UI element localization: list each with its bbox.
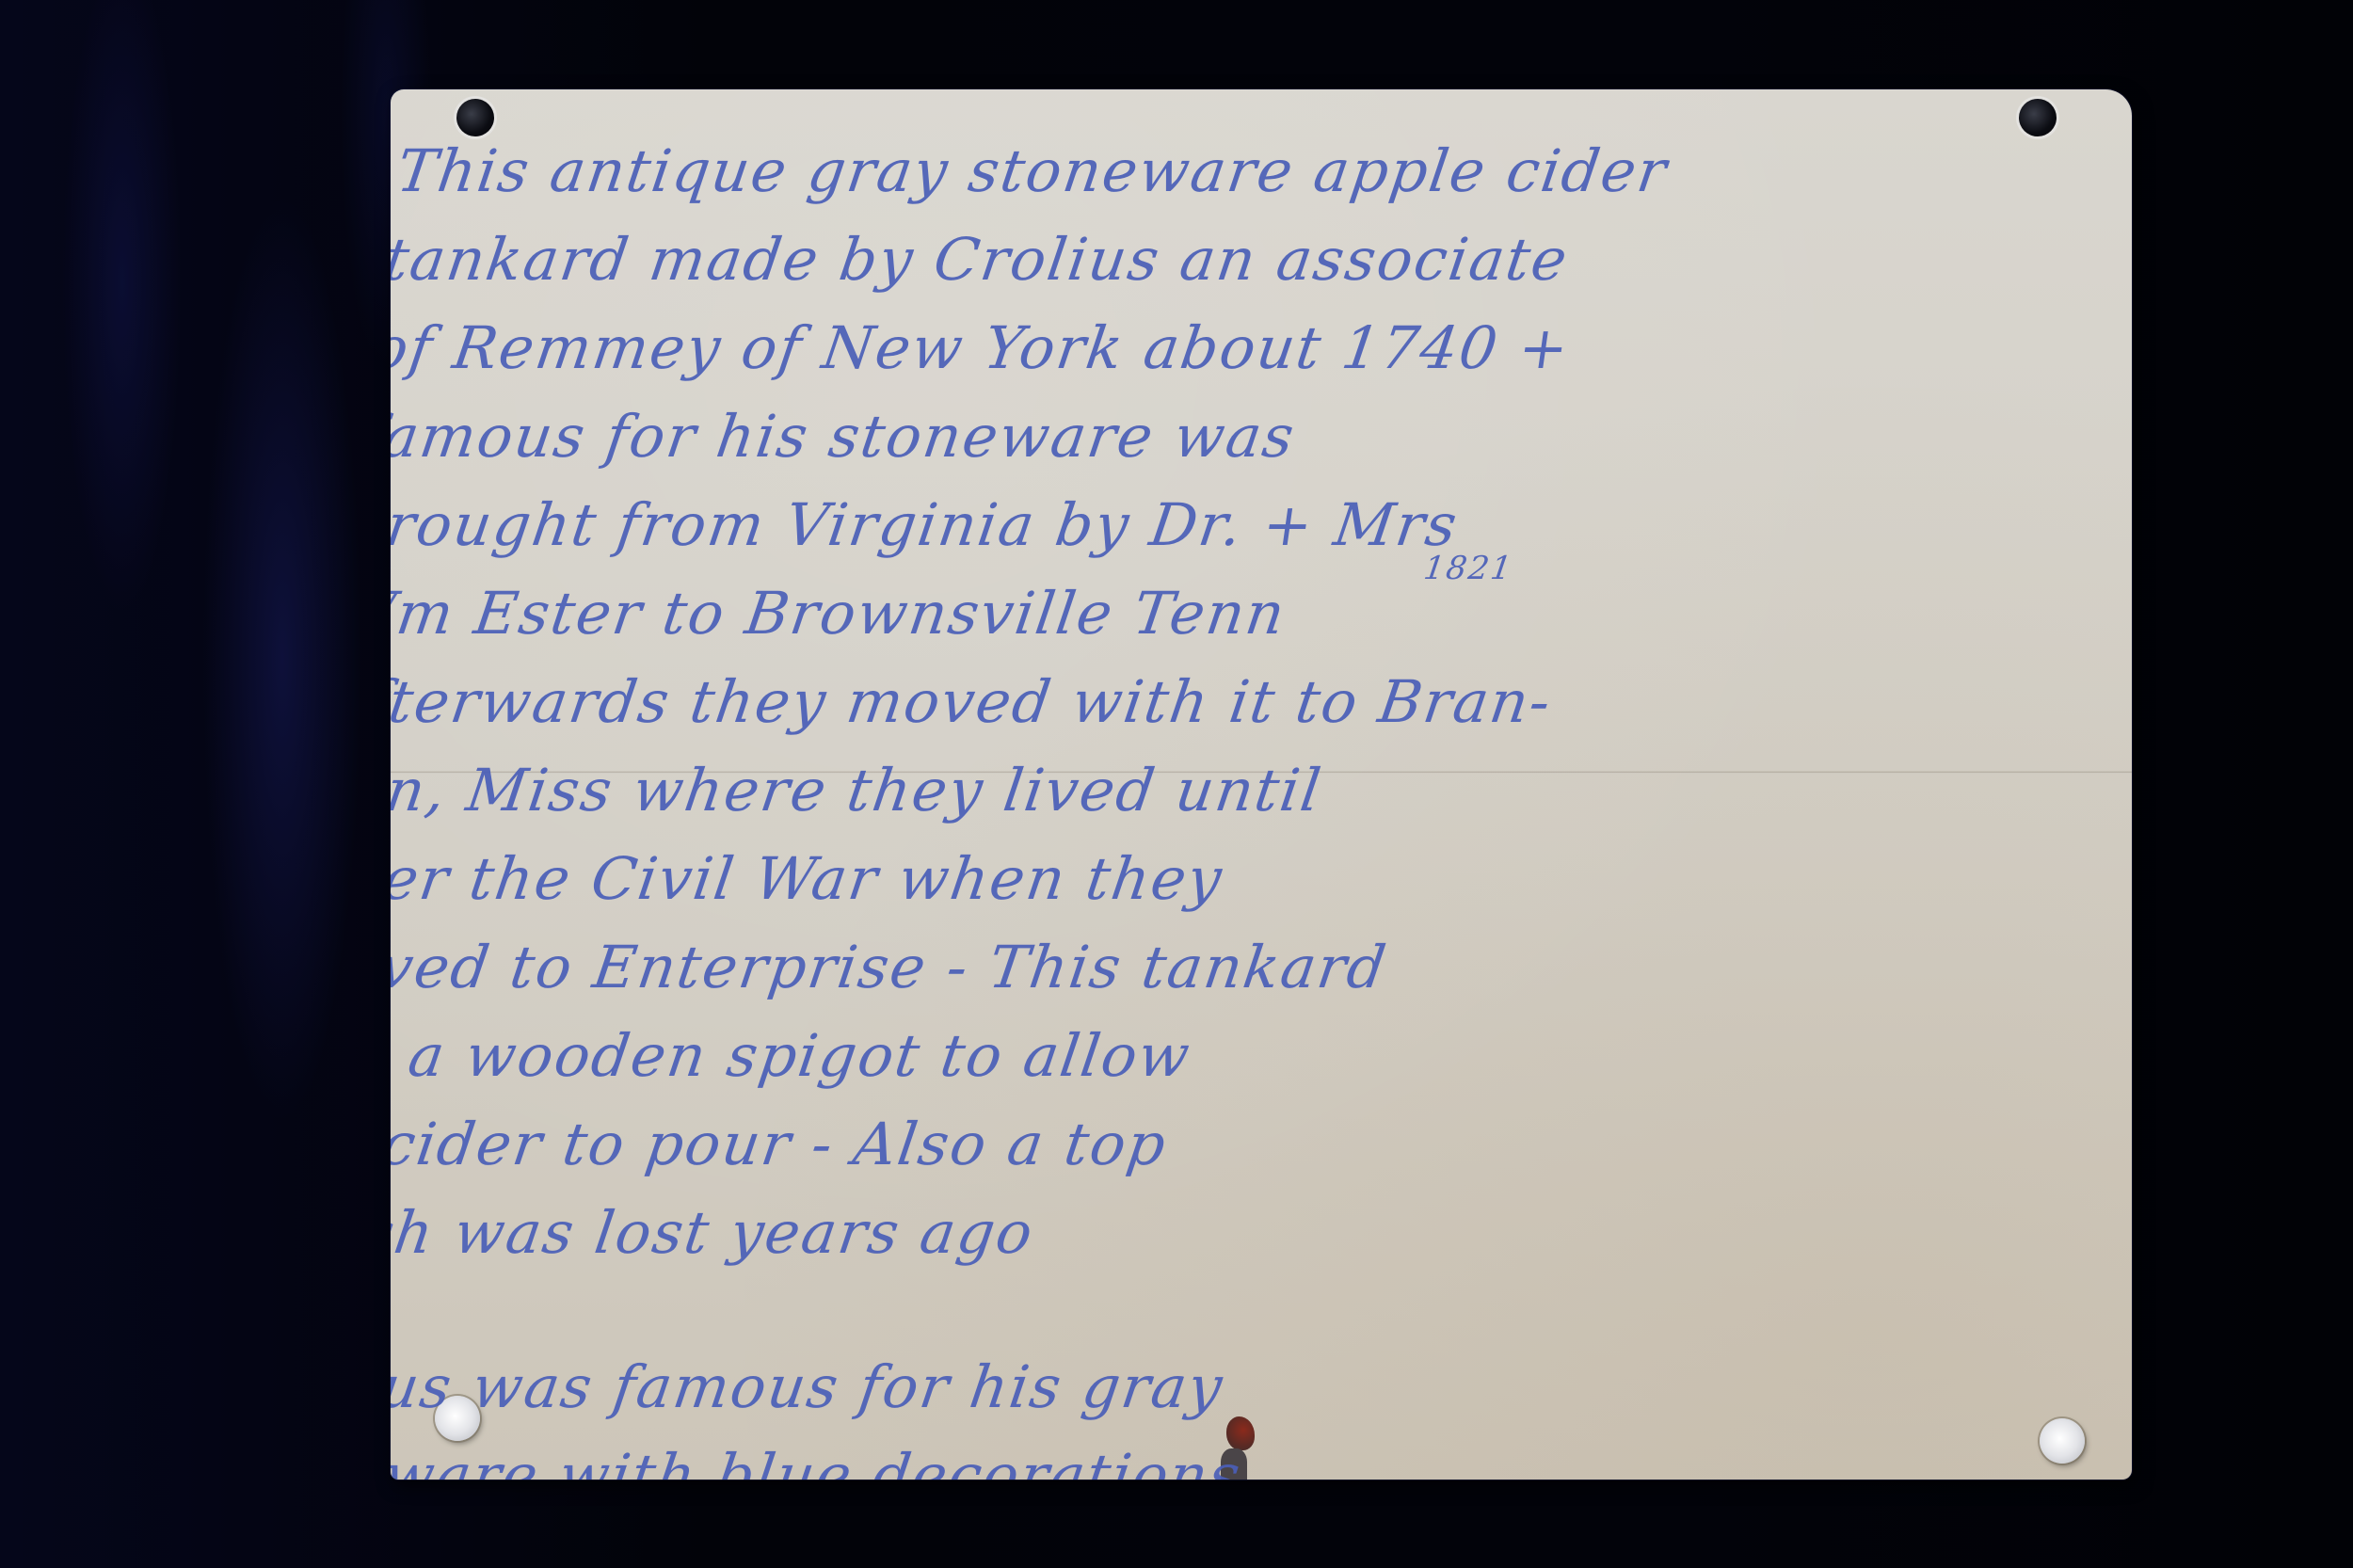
text-line-13: which was lost years ago [391,1189,1954,1277]
text-line-3: of Remmey of New York about 1740 + [391,304,2079,392]
text-line-11: had a wooden spigot to allow [391,1012,1979,1100]
bottom-right-magnet-icon [2040,1418,2085,1464]
text-line-5: brought from Virginia by Dr. + Mrs [391,481,2054,569]
text-line-2: tankard made by Crolius an associate [391,216,2091,304]
text-line-15: stoneware with blue decorations [391,1432,1920,1480]
text-line-1: This antique gray stoneware apple cider [392,127,2104,216]
text-line-7: Afterwards they moved with it to Bran- [391,658,2029,746]
text-line-10: moved to Enterprise - This tankard [391,923,1992,1012]
paragraph-gap [391,1277,1942,1343]
text-line-4: famous for his stoneware was [391,392,2066,481]
text-line-9: after the Civil War when they [391,835,2004,923]
text-line-12: the cider to pour - Also a top [391,1100,1967,1189]
handwritten-text: This antique gray stoneware apple cider … [391,127,2104,1480]
text-line-6-body: Wm Ester to Brownsville Tenn [391,579,1290,648]
year-superscript: 1821 [1422,552,1515,584]
handwritten-note-paper: This antique gray stoneware apple cider … [391,89,2132,1480]
text-line-14: Crolius was famous for his gray [391,1343,1932,1432]
text-line-8: don, Miss where they lived until [391,746,2017,835]
text-line-6: Wm Ester to Brownsville Tenn 1821 [391,569,2041,658]
